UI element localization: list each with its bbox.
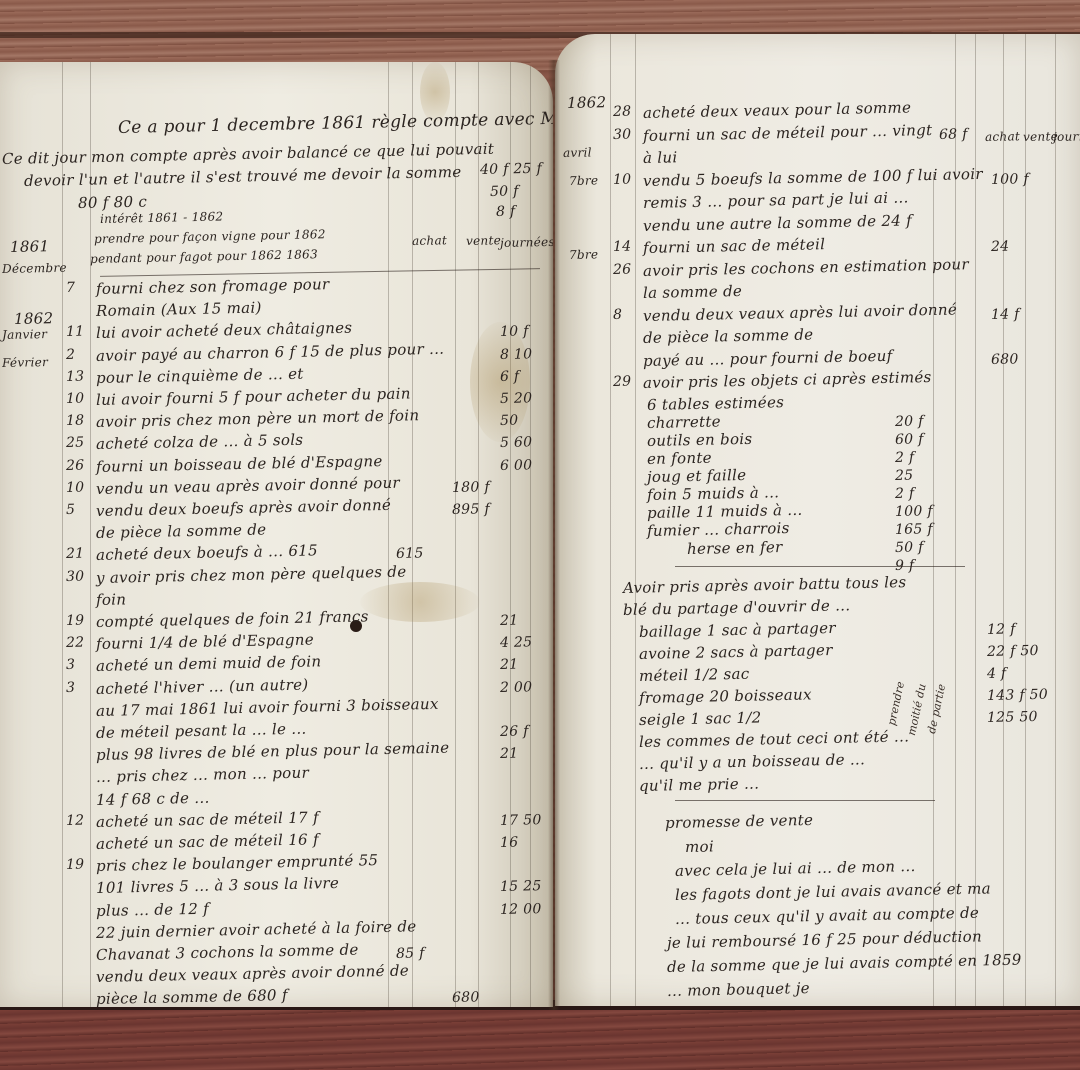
entry-day: 8 bbox=[613, 306, 623, 322]
estimate-item: charrette bbox=[647, 412, 721, 432]
entry-amount-vente: 100 f bbox=[991, 171, 1029, 188]
entry-text: ... pris chez ... mon ... pour bbox=[96, 764, 309, 786]
final-line: moi bbox=[685, 837, 714, 856]
estimate-amount: 2 f bbox=[895, 486, 915, 502]
estimate-amount: 165 f bbox=[895, 521, 933, 538]
entry-text: fourni chez son fromage pour bbox=[96, 275, 330, 298]
entry-text: avoir pris les cochons en estimation pou… bbox=[643, 255, 969, 280]
entry-day: 10 bbox=[66, 479, 85, 495]
entry-text: acheté un sac de méteil 16 f bbox=[96, 830, 319, 853]
estimate-item: fumier ... charrois bbox=[647, 519, 790, 540]
harvest-line: Avoir pris après avoir battu tous les bbox=[623, 573, 907, 597]
estimate-amount: 60 f bbox=[895, 431, 924, 448]
margin-year: 1861 bbox=[10, 237, 50, 256]
entry-amount: 50 bbox=[500, 413, 519, 429]
entry-text: de méteil pesant la ... le ... bbox=[96, 720, 307, 742]
column-rule-vente bbox=[455, 62, 456, 1007]
harvest-amount: 12 f bbox=[987, 621, 1016, 638]
book-gutter bbox=[548, 60, 560, 1010]
entry-day: 13 bbox=[66, 368, 85, 384]
entry-day: 11 bbox=[66, 324, 85, 340]
header-line: prendre pour façon vigne pour 1862 bbox=[94, 227, 326, 246]
estimate-item: en fonte bbox=[647, 449, 712, 468]
entry-text: vendu une autre la somme de 24 f bbox=[643, 211, 912, 235]
harvest-line: qu'il me prie ... bbox=[639, 774, 760, 795]
final-line: ... mon bouquet je bbox=[667, 979, 810, 1000]
column-header-achat: achat bbox=[985, 129, 1020, 144]
entry-amount: 4 25 bbox=[500, 635, 533, 652]
entry-text: plus 98 livres de blé en plus pour la se… bbox=[96, 739, 450, 764]
entry-amount: 5 60 bbox=[500, 435, 533, 452]
entry-text: de pièce la somme de bbox=[96, 521, 267, 543]
entry-day: 25 bbox=[66, 435, 85, 451]
column-header-vente: vente bbox=[466, 233, 501, 248]
entry-day: 26 bbox=[66, 457, 85, 473]
entry-amount-achat: 68 f bbox=[939, 126, 968, 143]
header-amount: 8 f bbox=[496, 204, 516, 220]
header-line: intérêt 1861 - 1862 bbox=[100, 209, 224, 226]
entry-day: 12 bbox=[66, 812, 85, 828]
entry-text: lui avoir acheté deux châtaignes bbox=[96, 319, 353, 342]
entry-day: 30 bbox=[613, 126, 632, 142]
entry-day: 2 bbox=[66, 346, 76, 362]
entry-text: 101 livres 5 ... à 3 sous la livre bbox=[96, 874, 339, 897]
entry-amount: 12 00 bbox=[500, 901, 542, 918]
entry-text: lui avoir fourni 5 f pour acheter du pai… bbox=[96, 384, 411, 409]
entry-day: 5 bbox=[66, 502, 76, 518]
entry-text: fourni un boisseau de blé d'Espagne bbox=[96, 452, 383, 476]
entry-amount: 6 f bbox=[500, 368, 520, 384]
entry-text: vendu deux boeufs après avoir donné bbox=[96, 496, 391, 520]
entry-text: acheté colza de ... à 5 sols bbox=[96, 431, 304, 453]
entry-text: acheté un sac de méteil 17 f bbox=[96, 808, 319, 831]
column-header-journees: journées bbox=[1053, 129, 1080, 144]
entry-text: pour le cinquième de ... et bbox=[96, 364, 304, 386]
harvest-amount: 22 f 50 bbox=[987, 643, 1039, 660]
entry-amount: 6 00 bbox=[500, 457, 533, 474]
header-amount: 40 f 25 f bbox=[480, 161, 542, 178]
margin-month: avril bbox=[563, 145, 592, 160]
final-line: de la somme que je lui avais compté en 1… bbox=[667, 951, 1022, 976]
harvest-amount: 143 f 50 bbox=[987, 687, 1048, 704]
ledger-left-page: Ce a pour 1 decembre 1861 règle compte a… bbox=[0, 62, 553, 1007]
entry-text: Chavanat 3 cochons la somme de bbox=[96, 941, 359, 964]
margin-rule bbox=[610, 34, 611, 1006]
entry-text: Romain (Aux 15 mai) bbox=[96, 299, 262, 320]
estimate-amount: 25 bbox=[895, 468, 914, 484]
estimate-item: 6 tables estimées bbox=[647, 393, 785, 414]
entry-amount: 895 f bbox=[452, 501, 490, 518]
entry-text: acheté un demi muid de foin bbox=[96, 653, 322, 676]
entry-text: de pièce la somme de bbox=[643, 325, 814, 347]
harvest-line: méteil 1/2 sac bbox=[639, 665, 750, 685]
estimate-item: outils en bois bbox=[647, 430, 753, 450]
section-divider bbox=[675, 800, 935, 801]
entry-day: 30 bbox=[66, 568, 85, 584]
entry-text: acheté l'hiver ... (un autre) bbox=[96, 675, 309, 697]
entry-amount: 2 00 bbox=[500, 679, 533, 696]
entry-amount: 5 20 bbox=[500, 390, 533, 407]
entry-amount: 21 bbox=[500, 613, 519, 629]
harvest-line: avoine 2 sacs à partager bbox=[639, 641, 833, 663]
header-line: pendant pour fagot pour 1862 1863 bbox=[90, 247, 318, 266]
margin-year: 1862 bbox=[567, 93, 607, 112]
entry-amount: 85 f bbox=[396, 945, 425, 962]
entry-text: 22 juin dernier avoir acheté à la foire … bbox=[96, 917, 417, 942]
entry-day: 19 bbox=[66, 613, 85, 629]
estimate-amount: 2 f bbox=[895, 450, 915, 466]
harvest-line: blé du partage d'ouvrir de ... bbox=[623, 596, 851, 619]
margin-month: Décembre bbox=[2, 261, 67, 276]
entry-day: 3 bbox=[66, 657, 76, 673]
margin-month: Février bbox=[2, 355, 48, 370]
entry-amount: 16 bbox=[500, 835, 519, 851]
entry-text: foin bbox=[96, 590, 127, 609]
entry-text: vendu deux veaux après lui avoir donné bbox=[643, 300, 957, 325]
column-header-achat: achat bbox=[412, 233, 447, 248]
column-rule bbox=[412, 62, 413, 1007]
entry-text: payé au ... pour fourni de boeuf bbox=[643, 346, 893, 369]
margin-month: 7bre bbox=[569, 173, 599, 188]
estimate-amount: 50 f bbox=[895, 539, 924, 556]
entry-text: fourni 1/4 de blé d'Espagne bbox=[96, 631, 314, 654]
entry-amount: 680 bbox=[452, 990, 480, 1007]
margin-year: 1862 bbox=[14, 309, 54, 328]
header-line: 80 f 80 c bbox=[78, 193, 148, 212]
entry-amount-vente: 24 bbox=[991, 239, 1010, 255]
entry-text: avoir pris les objets ci après estimés bbox=[643, 368, 932, 392]
entry-day: 3 bbox=[66, 679, 76, 695]
entry-day: 19 bbox=[66, 857, 85, 873]
margin-rule bbox=[62, 62, 63, 1007]
entry-text: compté quelques de foin 21 francs bbox=[96, 607, 369, 631]
entry-day: 10 bbox=[66, 391, 85, 407]
column-rule-achat bbox=[388, 62, 389, 1007]
entry-amount-vente: 680 bbox=[991, 351, 1019, 368]
entry-text: la somme de bbox=[643, 282, 742, 302]
margin-month: 7bre bbox=[569, 247, 599, 262]
entry-amount: 21 bbox=[500, 746, 519, 762]
ledger-right-page: 1862 avril 7bre 7bre achat vente journée… bbox=[555, 34, 1080, 1006]
column-rule-journees bbox=[1055, 34, 1056, 1006]
entry-text: y avoir pris chez mon père quelques de bbox=[96, 562, 407, 586]
entry-text: 14 f 68 c de ... bbox=[96, 788, 210, 808]
entry-text: avoir payé au charron 6 f 15 de plus pou… bbox=[96, 339, 445, 364]
entry-text: acheté deux veaux pour la somme bbox=[643, 98, 912, 122]
entry-day: 14 bbox=[613, 239, 632, 255]
harvest-line: les commes de tout ceci ont été ... bbox=[639, 727, 910, 751]
final-line: je lui remboursé 16 f 25 pour déduction bbox=[667, 927, 982, 952]
entry-day: 28 bbox=[613, 104, 632, 120]
entry-text: fourni un sac de méteil bbox=[643, 235, 826, 257]
column-rule bbox=[478, 62, 479, 1007]
entry-amount: 8 10 bbox=[500, 346, 533, 363]
entry-text: vendu un veau après avoir donné pour bbox=[96, 473, 400, 497]
paper-stain bbox=[360, 582, 480, 622]
final-line: les fagots dont je lui avais avancé et m… bbox=[675, 879, 991, 904]
margin-month: Janvier bbox=[2, 327, 48, 342]
final-line: avec cela je lui ai ... de mon ... bbox=[675, 857, 916, 880]
column-rule bbox=[530, 62, 531, 1007]
entry-text: fourni un sac de méteil pour ... vingt bbox=[643, 120, 933, 144]
entry-text: plus ... de 12 f bbox=[96, 899, 209, 919]
harvest-line: baillage 1 sac à partager bbox=[639, 619, 836, 641]
entry-amount: 15 25 bbox=[500, 879, 542, 896]
entry-text: remis 3 ... pour sa part je lui ai ... bbox=[643, 188, 909, 212]
entry-amount: 17 50 bbox=[500, 812, 542, 829]
column-header-journees: journées bbox=[500, 235, 553, 250]
estimate-item: herse en fer bbox=[687, 538, 783, 558]
harvest-line: fromage 20 boisseaux bbox=[639, 685, 812, 707]
entry-day: 18 bbox=[66, 413, 85, 429]
estimate-amount: 100 f bbox=[895, 503, 933, 520]
entry-amount: 615 bbox=[396, 546, 424, 563]
header-line: Ce a pour 1 decembre 1861 règle compte a… bbox=[118, 108, 553, 138]
harvest-amount: 125 50 bbox=[987, 709, 1038, 726]
harvest-line: seigle 1 sac 1/2 bbox=[639, 708, 762, 729]
header-amount: 50 f bbox=[490, 183, 519, 200]
entry-text: vendu 5 boeufs la somme de 100 f lui avo… bbox=[643, 164, 983, 189]
entry-day: 10 bbox=[613, 171, 632, 187]
margin-note: prendre bbox=[885, 680, 907, 726]
harvest-amount: 4 f bbox=[987, 666, 1007, 682]
wooden-table-bottom bbox=[0, 1010, 1080, 1070]
entry-text: vendu deux veaux après avoir donné de bbox=[96, 962, 409, 987]
estimate-amount: 20 f bbox=[895, 413, 924, 430]
entry-text: acheté deux boeufs à ... 615 bbox=[96, 542, 318, 565]
entry-day: 21 bbox=[66, 546, 85, 562]
day-rule bbox=[635, 34, 636, 1006]
section-divider bbox=[675, 566, 965, 567]
entry-amount: 10 f bbox=[500, 324, 529, 341]
entry-amount: 26 f bbox=[500, 723, 529, 740]
entry-amount-vente: 14 f bbox=[991, 306, 1020, 323]
entry-text: à lui bbox=[643, 148, 678, 167]
margin-note: de partie bbox=[925, 683, 948, 735]
estimate-item: joug et faille bbox=[647, 466, 747, 486]
entry-day: 22 bbox=[66, 635, 85, 651]
entry-text: pièce la somme de 680 f bbox=[96, 986, 288, 1007]
entry-day: 29 bbox=[613, 374, 632, 390]
entry-amount: 21 bbox=[500, 657, 519, 673]
entry-text: avoir pris chez mon père un mort de foin bbox=[96, 406, 420, 431]
entry-day: 7 bbox=[66, 280, 76, 296]
harvest-line: ... qu'il y a un boisseau de ... bbox=[639, 750, 865, 773]
entry-day: 26 bbox=[613, 261, 632, 277]
entry-amount: 180 f bbox=[452, 479, 490, 496]
section-title: promesse de vente bbox=[665, 811, 814, 832]
entry-text: pris chez le boulanger emprunté 55 bbox=[96, 851, 379, 875]
